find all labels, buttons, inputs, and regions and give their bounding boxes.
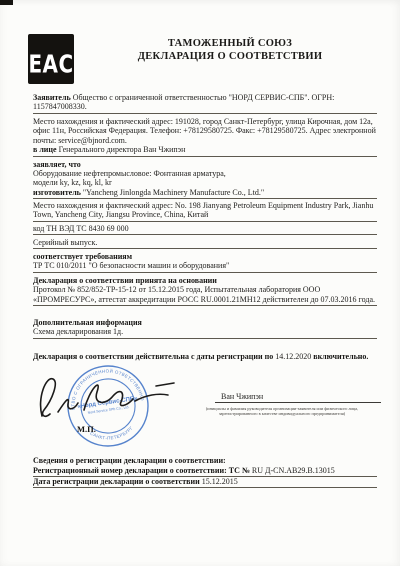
requirements-label: соответствует требованиям — [33, 252, 377, 261]
registration-date-value: 15.12.2015 — [202, 477, 238, 486]
validity-line: Декларация о соответствии действительна … — [33, 352, 377, 361]
requirements-paragraph: соответствует требованиям ТР ТС 010/2011… — [33, 252, 377, 273]
applicant-paragraph: Заявитель Общество с ограниченной ответс… — [33, 93, 377, 114]
registration-number-line: Регистрационный номер декларации о соотв… — [33, 466, 377, 477]
product-line-1: Оборудование нефтепромысловое: Фонтанная… — [33, 169, 377, 178]
registration-date-label: Дата регистрации декларации о соответств… — [33, 477, 200, 486]
basis-value: Протокол № 852/852-ТР-15-12 от 15.12.201… — [33, 285, 377, 304]
in-person-line: в лице Генерального директора Ван Чжипэн — [33, 145, 377, 154]
validity-date: 14.12.2020 — [275, 352, 311, 361]
product-line-2: модели ky, kz, kq, kl, kr — [33, 178, 377, 187]
additional-info-paragraph: Дополнительная информация Схема декларир… — [33, 318, 377, 339]
manufacturer-address-paragraph: Место нахождения и фактический адрес: No… — [33, 201, 377, 222]
signatory-name: Ван Чжипэн — [215, 392, 381, 403]
requirements-value: ТР ТС 010/2011 "О безопасности машин и о… — [33, 261, 377, 270]
basis-paragraph: Декларация о соответствии принята на осн… — [33, 276, 377, 306]
scan-artifact — [0, 0, 13, 5]
document-title: ТАМОЖЕННЫЙ СОЮЗ ДЕКЛАРАЦИЯ О СООТВЕТСТВИ… — [60, 37, 400, 63]
signatory-caption-line-2: зарегистрированного в качестве индивидуа… — [180, 411, 384, 416]
manufacturer-value: "Yancheng Jinlongda Machinery Manufactur… — [83, 188, 264, 197]
applicant-address-paragraph: Место нахождения и фактический адрес: 19… — [33, 117, 377, 157]
applicant-address: Место нахождения и фактический адрес: 19… — [33, 117, 376, 145]
registration-number-value: RU Д-CN.АВ29.В.13015 — [252, 466, 335, 475]
registration-date-line: Дата регистрации декларации о соответств… — [33, 477, 377, 488]
signatory-caption: (инициалы и фамилия руководителя организ… — [180, 406, 384, 417]
serial-paragraph: Серийный выпуск. — [33, 238, 377, 249]
applicant-label: Заявитель — [33, 93, 71, 102]
tnved-paragraph: код ТН ВЭД ТС 8430 69 000 — [33, 224, 377, 235]
tnved-label: код ТН ВЭД ТС — [33, 224, 87, 233]
handwritten-signature — [34, 366, 184, 428]
additional-info-value: Схема декларирования 1д. — [33, 327, 377, 336]
additional-info-label: Дополнительная информация — [33, 318, 377, 327]
declaration-document: ЕАС ТАМОЖЕННЫЙ СОЮЗ ДЕКЛАРАЦИЯ О СООТВЕТ… — [0, 0, 400, 566]
manufacturer-line: изготовитель "Yancheng Jinlongda Machine… — [33, 188, 377, 197]
title-line-2: ДЕКЛАРАЦИЯ О СООТВЕТСТВИИ — [60, 50, 400, 63]
in-person-value: Генерального директора Ван Чжипэн — [59, 145, 186, 154]
manufacturer-label: изготовитель — [33, 188, 81, 197]
mp-seal-label: М.П. — [77, 424, 96, 434]
registration-header: Сведения о регистрации декларации о соот… — [33, 456, 377, 465]
title-line-1: ТАМОЖЕННЫЙ СОЮЗ — [60, 37, 400, 50]
applicant-value: Общество с ограниченной ответственностью… — [33, 93, 334, 111]
product-paragraph: Оборудование нефтепромысловое: Фонтанная… — [33, 169, 377, 199]
validity-prefix: Декларация о соответствии действительна … — [33, 352, 273, 361]
registration-number-label: Регистрационный номер декларации о соотв… — [33, 466, 250, 475]
validity-suffix: включительно. — [313, 352, 368, 361]
tnved-code: 8430 69 000 — [89, 224, 129, 233]
basis-label: Декларация о соответствии принята на осн… — [33, 276, 377, 285]
declares-label: заявляет, что — [33, 160, 377, 169]
in-person-label: в лице — [33, 145, 57, 154]
